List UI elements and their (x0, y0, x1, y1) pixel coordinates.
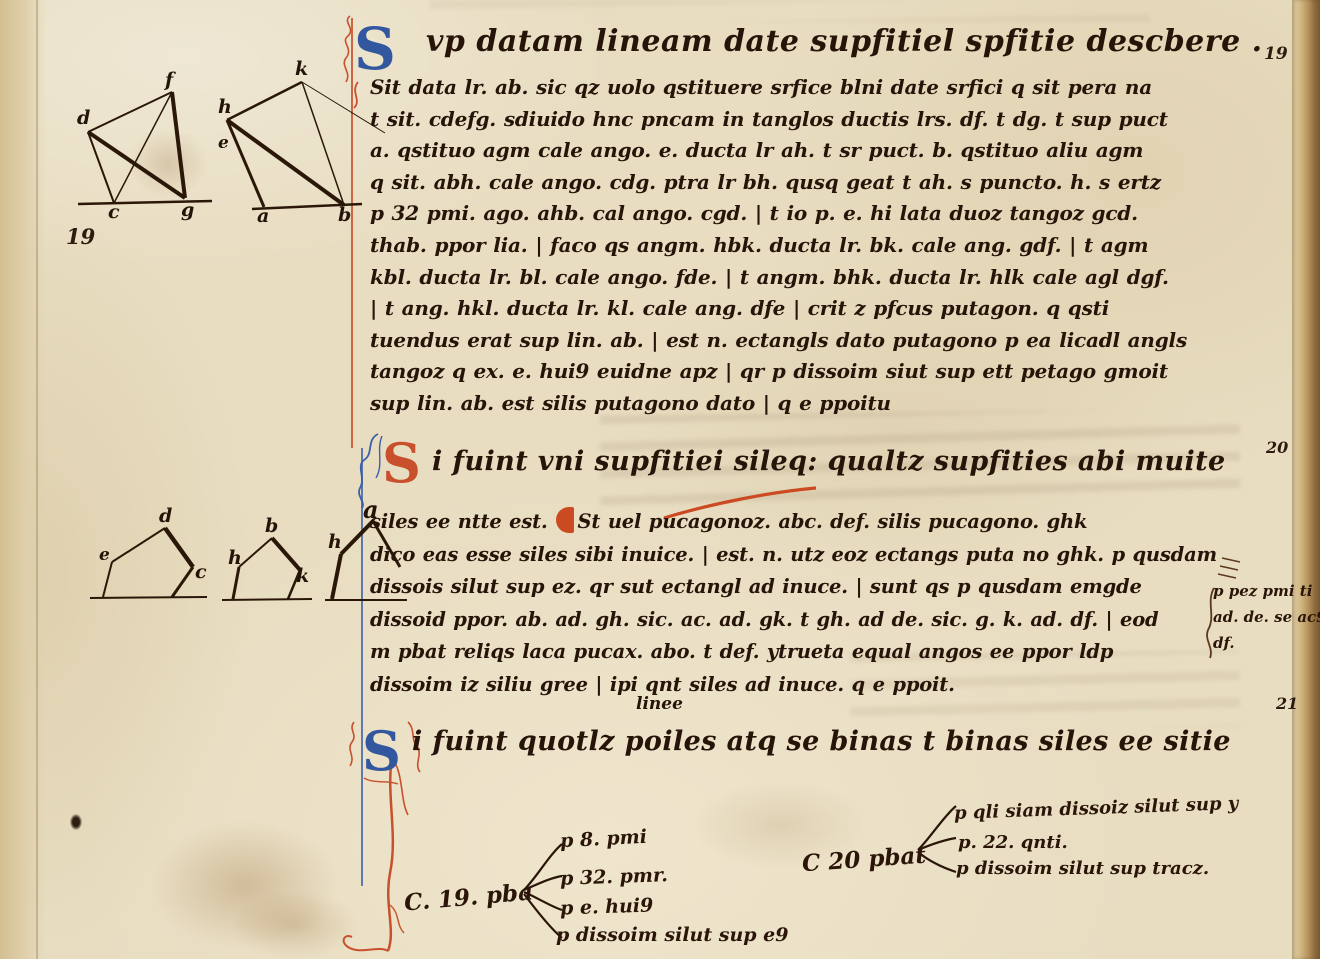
text-line: dissoid ppor. ab. ad. gh. sic. ac. ad. g… (370, 604, 1250, 637)
vertex-label: h (218, 96, 232, 118)
vertex-label: f (163, 69, 176, 91)
annotation-item: p dissoim silut sup e9 (556, 924, 788, 946)
paragraph-2: siles ee ntte est.St uel pucagonoz. abc.… (370, 506, 1250, 702)
section-heading: i fuint quotlz poiles atq se binas t bin… (412, 726, 1231, 757)
page-left-edge (0, 0, 46, 959)
vertex-label: b (265, 515, 278, 537)
text-line: tuendus erat sup lin. ab. | est n. ectan… (370, 325, 1230, 357)
vertex-label: k (295, 58, 308, 80)
text-line: t sit. cdefg. sdiuido hnc pncam in tangl… (370, 104, 1230, 136)
vertex-label: c (108, 201, 120, 223)
text-line: q sit. abh. cale ango. cdg. ptra lr bh. … (370, 167, 1230, 199)
interlinear-gloss: linee (636, 694, 683, 714)
annotation-item: p. 22. qnti. (958, 832, 1068, 853)
right-margin-number: 19 (1264, 44, 1288, 64)
book-page-edge (1292, 0, 1320, 959)
text-run: siles ee ntte est. (370, 510, 548, 533)
penwork-flourish (352, 430, 386, 510)
vertex-label: g (181, 199, 194, 221)
vertex-label: d (77, 107, 90, 129)
annotation-item: p dissoim silut sup tracz. (956, 858, 1209, 879)
illuminated-initial: S (382, 436, 421, 490)
paragraph-1: Sit data lr. ab. sic qz uolo qstituere s… (370, 72, 1230, 420)
page-left-crease (36, 0, 38, 959)
annotation-item: p 8. pmi (559, 826, 647, 853)
section-heading: vp datam lineam date supfitiel spfitie d… (426, 24, 1263, 59)
section-heading: i fuint vni supfitiei sileq: qualtz supf… (432, 446, 1226, 477)
manuscript-page: f d c g e k h a b e d c h b k (0, 0, 1320, 959)
annotation-item: p qli siam dissoiz silut sup y (954, 793, 1239, 824)
vertex-label: d (159, 505, 172, 527)
text-line: dissoim iz siliu gree | ipi qnt siles ad… (370, 669, 1250, 702)
text-line: | t ang. hkl. ducta lr. kl. cale ang. df… (370, 293, 1230, 325)
text-line: a. qstituo agm cale ango. e. ducta lr ah… (370, 135, 1230, 167)
margin-note-line: p pez pmi ti (1213, 578, 1320, 604)
vertex-label: a (257, 205, 269, 223)
vertex-label: h (328, 531, 342, 553)
text-line: Sit data lr. ab. sic qz uolo qstituere s… (370, 72, 1230, 104)
text-line: m pbat reliqs laca pucax. abo. t def. yt… (370, 636, 1250, 669)
annotation-brace (912, 792, 958, 882)
ink-spot (70, 814, 82, 830)
vertex-label: h (228, 547, 242, 569)
text-line: kbl. ducta lr. bl. cale ango. fde. | t a… (370, 262, 1230, 294)
annotation-item: p 32. pmr. (560, 864, 669, 890)
left-margin-number: 19 (66, 224, 95, 249)
penwork-flourish (336, 12, 366, 112)
text-line: sup lin. ab. est silis putagono dato | q… (370, 388, 1230, 420)
margin-note: p pez pmi ti ad. de. se ac9 df. (1213, 578, 1320, 656)
text-line: siles ee ntte est.St uel pucagonoz. abc.… (370, 506, 1250, 539)
vertex-label: e (218, 133, 229, 153)
text-line: p 32 pmi. ago. ahb. cal ango. cgd. | t i… (370, 198, 1230, 230)
vertex-label: c (195, 561, 207, 583)
text-line: dico eas esse siles sibi inuice. | est. … (370, 539, 1250, 572)
right-margin-number: 21 (1276, 694, 1298, 713)
text-line: thab. ppor lia. | faco qs angm. hbk. duc… (370, 230, 1230, 262)
margin-note-line: df. (1213, 630, 1320, 656)
text-run: St uel pucagonoz. abc. def. silis pucago… (578, 510, 1088, 533)
vertex-label: k (296, 565, 309, 587)
vertex-label: b (338, 204, 351, 223)
annotation-item: p e. hui9 (560, 894, 654, 919)
paraph-mark-icon (556, 507, 574, 533)
vertex-label: e (99, 545, 110, 565)
text-line: dissois silut sup ez. qr sut ectangl ad … (370, 571, 1250, 604)
margin-note-line: ad. de. se ac9 (1213, 604, 1320, 630)
text-line: tangoz q ex. e. hui9 euidne apz | qr p d… (370, 356, 1230, 388)
show-through-band (430, 0, 1150, 22)
right-margin-number: 20 (1266, 438, 1288, 457)
